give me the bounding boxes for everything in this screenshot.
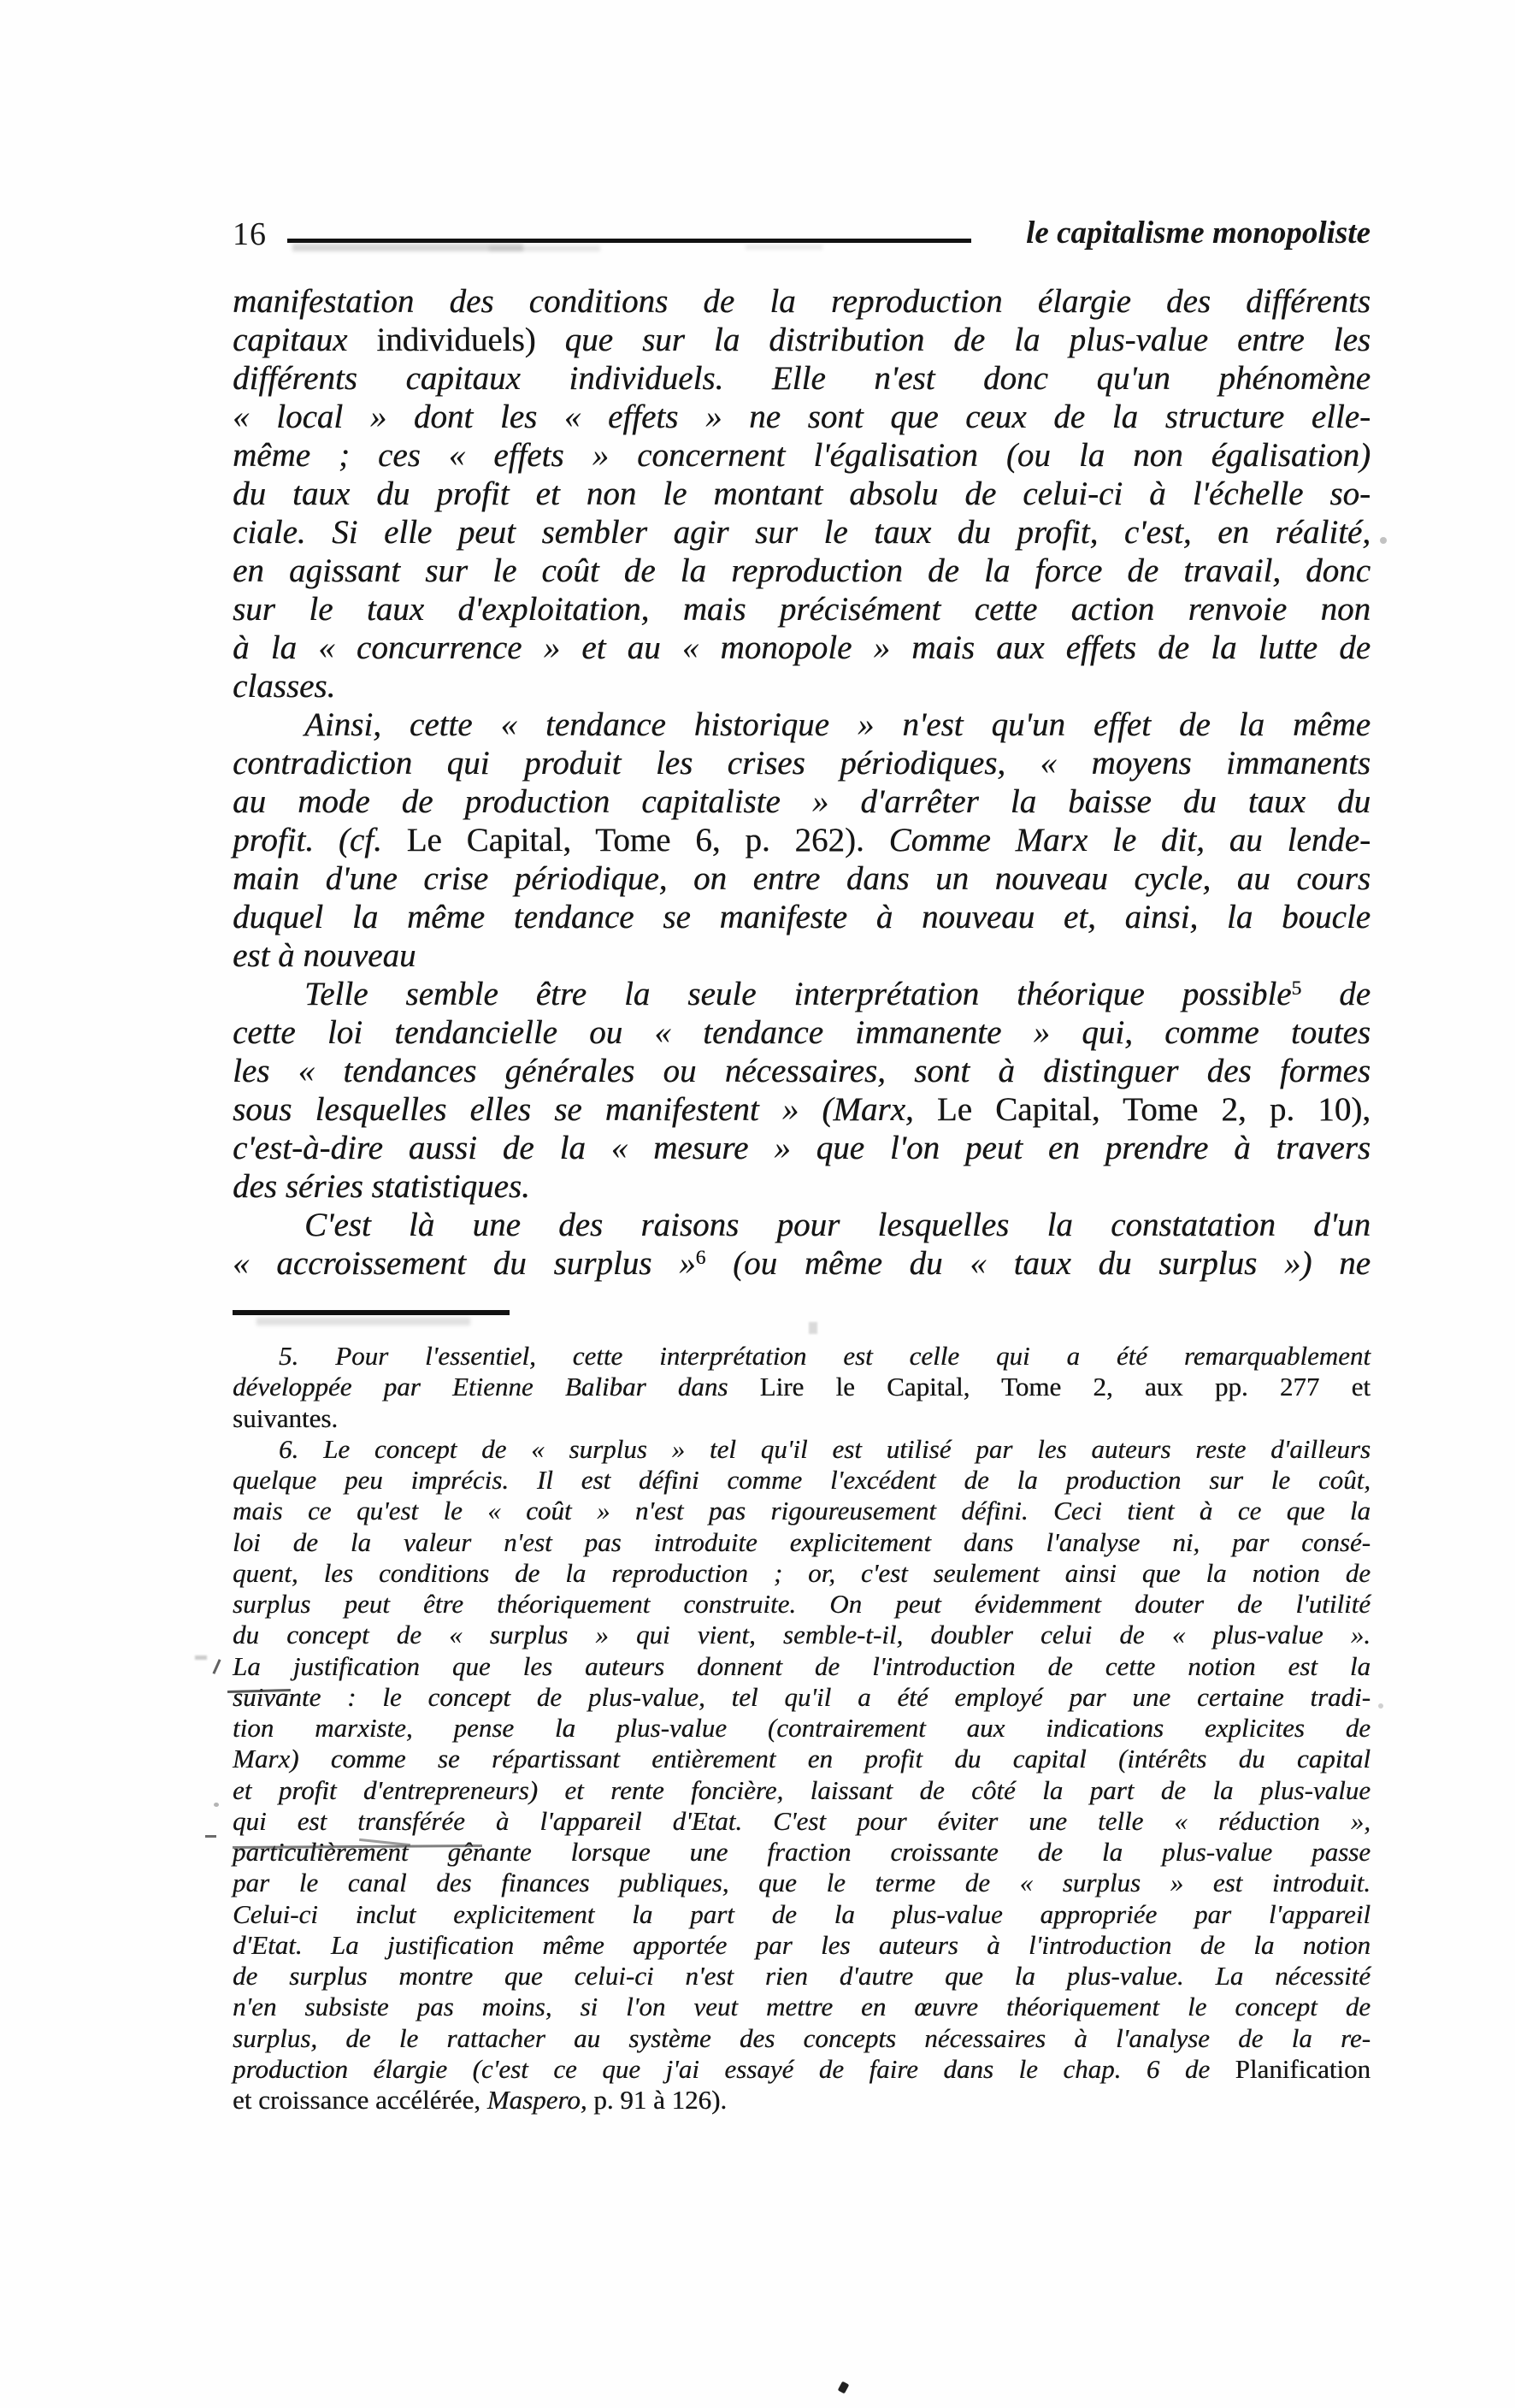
footnote-separator-rule <box>233 1310 510 1315</box>
text-line: ciale. Si elle peut sembler agir sur le … <box>233 513 1371 552</box>
text-segment: qui est transférée à l'appareil d'Etat. … <box>233 1806 1371 1836</box>
text-line: production élargie (c'est ce que j'ai es… <box>233 2054 1371 2085</box>
header-rule <box>287 239 971 243</box>
text-line: surplus, de le rattacher au système des … <box>233 2023 1371 2054</box>
text-line: sur le taux d'exploitation, mais précisé… <box>233 590 1371 629</box>
text-line: du taux du profit et non le montant abso… <box>233 475 1371 513</box>
text-segment: des séries statistiques. <box>233 1168 530 1205</box>
text-line: particulièrement gênante lorsque une fra… <box>233 1837 1371 1868</box>
scan-speck <box>809 1322 817 1334</box>
text-line: c'est-à-dire aussi de la « mesure » que … <box>233 1129 1371 1167</box>
text-segment: Planification <box>1235 2054 1371 2084</box>
text-line: cette loi tendancielle ou « tendance imm… <box>233 1013 1371 1052</box>
scan-smudge <box>746 245 822 250</box>
text-segment: du concept de « surplus » qui vient, sem… <box>233 1620 1371 1650</box>
pencil-tick-mark <box>212 1659 221 1674</box>
text-line: par le canal des finances publiques, que… <box>233 1868 1371 1898</box>
text-segment: tion marxiste, pense la plus-value (cont… <box>233 1713 1371 1743</box>
text-segment: différents capitaux individuels. Elle n'… <box>233 360 1371 397</box>
page-header: 16 le capitalisme monopoliste <box>233 217 1371 255</box>
text-line: quelque peu imprécis. Il est défini comm… <box>233 1465 1371 1496</box>
text-segment: (ou même du « taux du surplus ») ne <box>705 1245 1371 1282</box>
text-segment: duquel la même tendance se manifeste à n… <box>233 899 1371 935</box>
text-line: et profit d'entrepreneurs) et rente fonc… <box>233 1775 1371 1806</box>
text-segment: contradiction qui produit les crises pér… <box>233 745 1371 782</box>
text-line: au mode de production capitaliste » d'ar… <box>233 782 1371 821</box>
text-line: contradiction qui produit les crises pér… <box>233 744 1371 782</box>
text-line: Telle semble être la seule interprétatio… <box>233 975 1371 1013</box>
text-line: même ; ces « effets » concernent l'égali… <box>233 436 1371 475</box>
text-segment: Ainsi, cette « tendance historique » n'e… <box>304 706 1371 743</box>
footnote-reference: 6 <box>696 1247 706 1269</box>
text-line: à la « concurrence » et au « monopole » … <box>233 629 1371 667</box>
text-line: profit. (cf. Le Capital, Tome 6, p. 262)… <box>233 821 1371 859</box>
text-line: suivante : le concept de plus-value, tel… <box>233 1682 1371 1713</box>
text-line: d'Etat. La justification même apportée p… <box>233 1930 1371 1961</box>
text-segment: n'en subsiste pas moins, si l'on veut me… <box>233 1992 1371 2021</box>
text-line: « local » dont les « effets » ne sont qu… <box>233 398 1371 436</box>
text-segment: La justification que les auteurs donnent… <box>233 1651 1371 1681</box>
text-line: Ainsi, cette « tendance historique » n'e… <box>233 705 1371 744</box>
text-line: suivantes. <box>233 1403 1371 1434</box>
text-segment: Lire le Capital, Tome 2, aux pp. 277 et <box>760 1372 1371 1402</box>
text-segment: 5. Pour l'essentiel, cette interprétatio… <box>279 1341 1371 1371</box>
text-segment: particulièrement gênante lorsque une fra… <box>233 1837 1371 1867</box>
text-line: sous lesquelles elles se manifestent » (… <box>233 1090 1371 1129</box>
text-segment: quent, les conditions de la reproduction… <box>233 1558 1371 1588</box>
footnote-reference: 5 <box>1291 977 1301 1000</box>
text-segment: production élargie (c'est ce que j'ai es… <box>233 2054 1235 2084</box>
text-segment: individuels) <box>376 322 564 358</box>
text-segment: ciale. Si elle peut sembler agir sur le … <box>233 514 1371 551</box>
scan-speck <box>838 2381 850 2394</box>
text-line: quent, les conditions de la reproduction… <box>233 1558 1371 1589</box>
running-title: le capitalisme monopoliste <box>1026 215 1371 251</box>
text-segment: Marx) comme se répartissant entièrement … <box>233 1744 1371 1774</box>
paragraph: Ainsi, cette « tendance historique » n'e… <box>233 705 1371 975</box>
text-segment: quelque peu imprécis. Il est défini comm… <box>233 1465 1371 1495</box>
scan-smudge <box>256 1318 470 1325</box>
text-line: capitaux individuels) que sur la distrib… <box>233 321 1371 359</box>
text-segment: Telle semble être la seule interprétatio… <box>304 976 1291 1012</box>
text-segment: Celui-ci inclut explicitement la part de… <box>233 1899 1371 1929</box>
text-segment: capitaux <box>233 322 376 358</box>
text-segment: Le Capital, Tome 6, p. 262). <box>407 822 889 859</box>
pencil-dots-mark <box>195 1655 207 1660</box>
text-line: différents capitaux individuels. Elle n'… <box>233 359 1371 398</box>
text-line: loi de la valeur n'est pas introduite ex… <box>233 1527 1371 1558</box>
text-segment: c'est-à-dire aussi de la « mesure » que … <box>233 1130 1371 1166</box>
text-segment: et profit d'entrepreneurs) et rente fonc… <box>233 1775 1371 1805</box>
text-segment: Comme Marx le dit, au lende- <box>889 822 1371 859</box>
text-line: des séries statistiques. <box>233 1167 1371 1206</box>
pencil-dash-mark <box>205 1835 216 1838</box>
text-line: de surplus montre que celui-ci n'est rie… <box>233 1961 1371 1992</box>
text-segment: p. 91 à 126). <box>593 2085 727 2115</box>
text-line: surplus peut être théoriquement construi… <box>233 1589 1371 1620</box>
text-segment: Le Capital, Tome 2, p. 10), <box>937 1091 1371 1128</box>
text-line: « accroissement du surplus »6 (ou même d… <box>233 1244 1371 1283</box>
scan-speck <box>1378 1703 1383 1709</box>
text-line: duquel la même tendance se manifeste à n… <box>233 898 1371 936</box>
paragraph: Telle semble être la seule interprétatio… <box>233 975 1371 1206</box>
text-segment: les « tendances générales ou nécessaires… <box>233 1053 1371 1089</box>
text-segment: sur le taux d'exploitation, mais précisé… <box>233 591 1371 628</box>
text-line: La justification que les auteurs donnent… <box>233 1651 1371 1682</box>
text-line: est à nouveau <box>233 936 1371 975</box>
scan-speck <box>1380 537 1387 544</box>
text-segment: surplus, de le rattacher au système des … <box>233 2023 1371 2053</box>
text-line: développée par Etienne Balibar dans Lire… <box>233 1372 1371 1402</box>
text-segment: C'est là une des raisons pour lesquelles… <box>304 1207 1371 1243</box>
text-line: 6. Le concept de « surplus » tel qu'il e… <box>233 1434 1371 1465</box>
text-segment: surplus peut être théoriquement construi… <box>233 1589 1371 1619</box>
text-segment: suivantes. <box>233 1403 338 1433</box>
text-line: manifestation des conditions de la repro… <box>233 282 1371 321</box>
text-segment: « accroissement du surplus » <box>233 1245 696 1282</box>
text-segment: même ; ces « effets » concernent l'égali… <box>233 437 1371 474</box>
text-segment: classes. <box>233 668 335 705</box>
body-text: manifestation des conditions de la repro… <box>233 282 1371 1283</box>
text-segment: Maspero, <box>487 2085 594 2115</box>
text-segment: cette loi tendancielle ou « tendance imm… <box>233 1014 1371 1051</box>
text-segment: profit. (cf. <box>233 822 407 859</box>
paragraph: 5. Pour l'essentiel, cette interprétatio… <box>233 1341 1371 1434</box>
paragraph: 6. Le concept de « surplus » tel qu'il e… <box>233 1434 1371 2116</box>
text-line: mais ce qu'est le « coût » n'est pas rig… <box>233 1496 1371 1526</box>
text-segment: en agissant sur le coût de la reproducti… <box>233 552 1371 589</box>
scan-smudge <box>489 245 600 251</box>
text-segment: développée par Etienne Balibar dans <box>233 1372 760 1402</box>
text-segment: du taux du profit et non le montant abso… <box>233 475 1371 512</box>
text-segment: que sur la distribution de la plus-value… <box>565 322 1371 358</box>
text-line: C'est là une des raisons pour lesquelles… <box>233 1206 1371 1244</box>
text-segment: main d'une crise périodique, on entre da… <box>233 860 1371 897</box>
footnotes-section: 5. Pour l'essentiel, cette interprétatio… <box>233 1341 1371 2116</box>
text-segment: mais ce qu'est le « coût » n'est pas rig… <box>233 1496 1371 1526</box>
text-line: Marx) comme se répartissant entièrement … <box>233 1744 1371 1774</box>
text-segment: est à nouveau <box>233 937 416 974</box>
text-line: classes. <box>233 667 1371 705</box>
text-segment: « local » dont les « effets » ne sont qu… <box>233 398 1371 435</box>
text-segment: de surplus montre que celui-ci n'est rie… <box>233 1961 1371 1991</box>
text-line: les « tendances générales ou nécessaires… <box>233 1052 1371 1090</box>
text-line: qui est transférée à l'appareil d'Etat. … <box>233 1806 1371 1837</box>
text-segment: manifestation des conditions de la repro… <box>233 283 1371 320</box>
text-line: main d'une crise périodique, on entre da… <box>233 859 1371 898</box>
text-line: Celui-ci inclut explicitement la part de… <box>233 1899 1371 1930</box>
text-segment: 6. Le concept de « surplus » tel qu'il e… <box>279 1434 1371 1464</box>
text-line: tion marxiste, pense la plus-value (cont… <box>233 1713 1371 1744</box>
text-line: 5. Pour l'essentiel, cette interprétatio… <box>233 1341 1371 1372</box>
page-number: 16 <box>233 217 267 251</box>
text-segment: et croissance accélérée, <box>233 2085 487 2115</box>
text-line: en agissant sur le coût de la reproducti… <box>233 552 1371 590</box>
text-line: et croissance accélérée, Maspero, p. 91 … <box>233 2085 1371 2116</box>
text-segment: sous lesquelles elles se manifestent » (… <box>233 1091 937 1128</box>
text-line: du concept de « surplus » qui vient, sem… <box>233 1620 1371 1650</box>
text-segment: au mode de production capitaliste » d'ar… <box>233 783 1371 820</box>
text-segment: suivante : le concept de plus-value, tel… <box>233 1682 1371 1712</box>
text-segment: de <box>1301 976 1371 1012</box>
text-segment: d'Etat. La justification même apportée p… <box>233 1930 1371 1960</box>
book-page-scan: 16 le capitalisme monopoliste manifestat… <box>0 0 1515 2408</box>
text-segment: à la « concurrence » et au « monopole » … <box>233 629 1371 666</box>
paragraph: C'est là une des raisons pour lesquelles… <box>233 1206 1371 1283</box>
pencil-dot-mark <box>214 1803 219 1807</box>
text-segment: par le canal des finances publiques, que… <box>233 1868 1371 1897</box>
text-line: n'en subsiste pas moins, si l'on veut me… <box>233 1992 1371 2022</box>
text-segment: loi de la valeur n'est pas introduite ex… <box>233 1527 1371 1557</box>
paragraph: manifestation des conditions de la repro… <box>233 282 1371 705</box>
